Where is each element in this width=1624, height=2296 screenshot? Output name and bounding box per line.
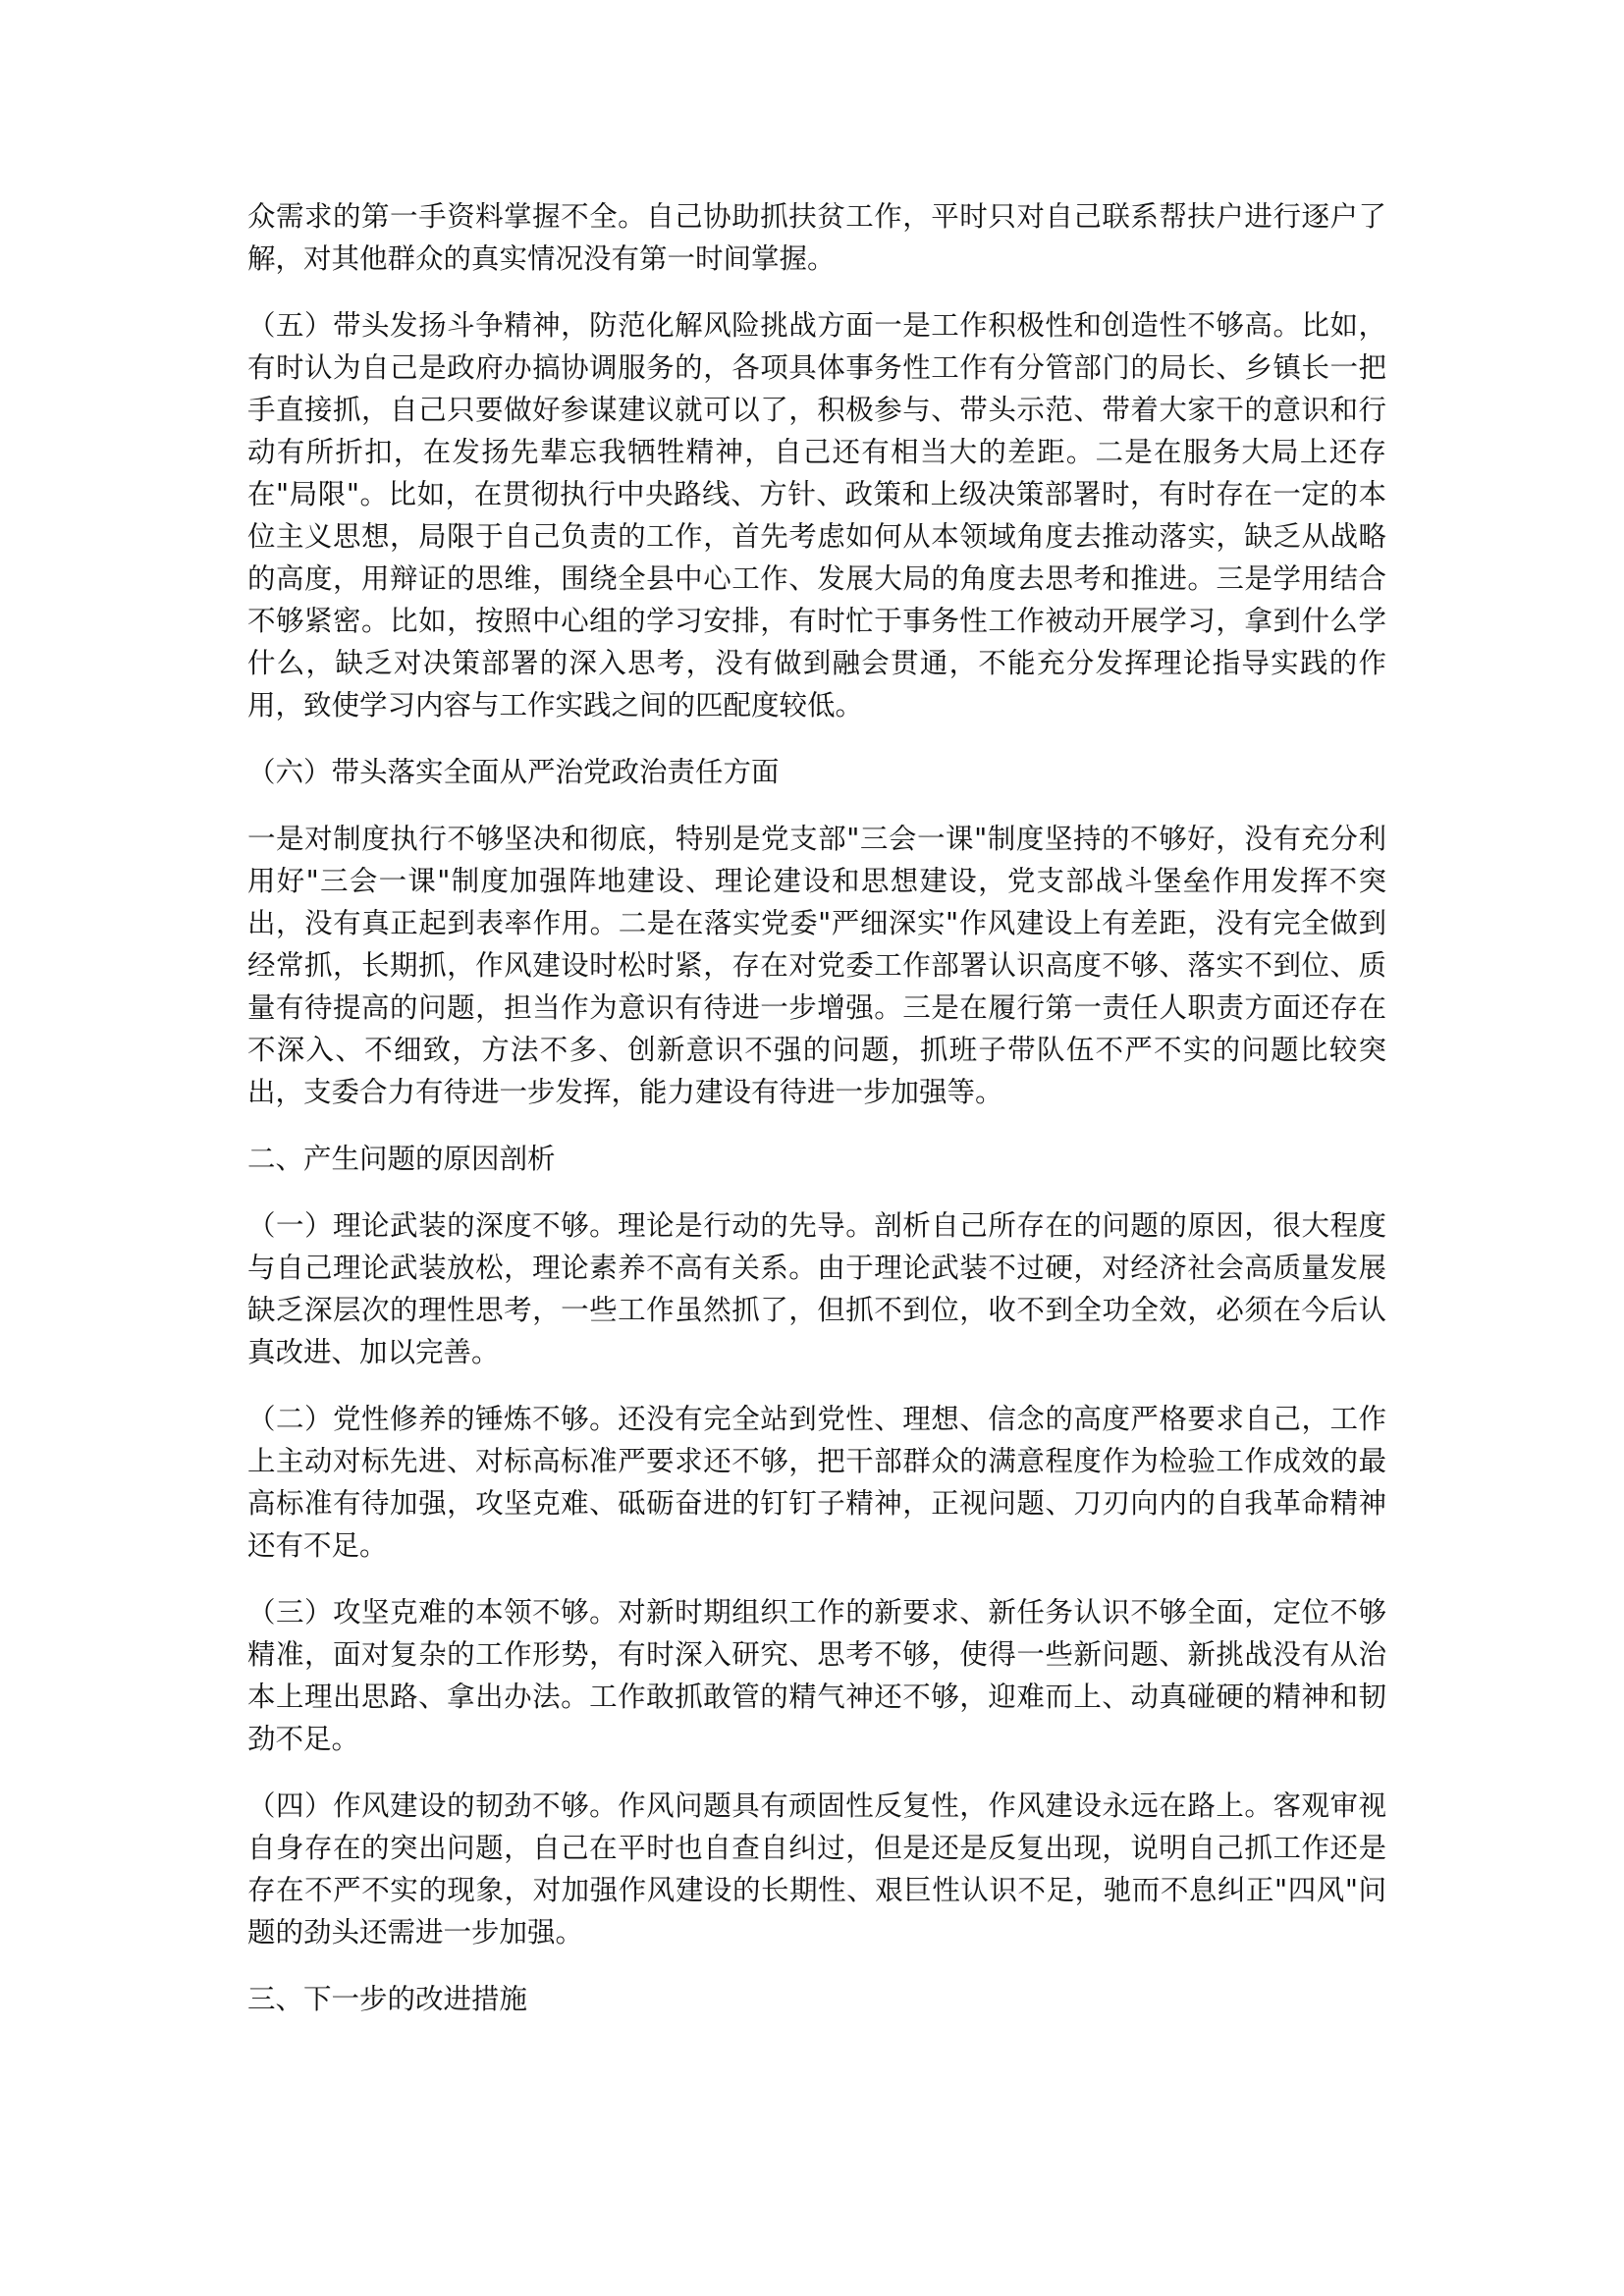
paragraph-section-6-details: 一是对制度执行不够坚决和彻底，特别是党支部"三会一课"制度坚持的不够好，没有充分… [247,818,1386,1113]
paragraph-cause-1-theory: （一）理论武装的深度不够。理论是行动的先导。剖析自己所存在的问题的原因，很大程度… [247,1204,1386,1373]
heading-part-2-cause-analysis: 二、产生问题的原因剖析 [247,1138,1386,1180]
paragraph-section-5-struggle-spirit: （五）带头发扬斗争精神，防范化解风险挑战方面一是工作积极性和创造性不够高。比如，… [247,304,1386,726]
paragraph-cause-2-party-spirit: （二）党性修养的锤炼不够。还没有完全站到党性、理想、信念的高度严格要求自己，工作… [247,1398,1386,1567]
heading-part-3-improvement-measures: 三、下一步的改进措施 [247,1978,1386,2020]
paragraph-cause-4-work-style: （四）作风建设的韧劲不够。作风问题具有顽固性反复性，作风建设永远在路上。客观审视… [247,1785,1386,1953]
paragraph-cause-3-capability: （三）攻坚克难的本领不够。对新时期组织工作的新要求、新任务认识不够全面，定位不够… [247,1591,1386,1760]
document-page: 众需求的第一手资料掌握不全。自己协助抓扶贫工作，平时只对自己联系帮扶户进行逐户了… [247,195,1386,2045]
heading-section-6-party-governance: （六）带头落实全面从严治党政治责任方面 [247,751,1386,793]
paragraph-poverty-alleviation-continuation: 众需求的第一手资料掌握不全。自己协助抓扶贫工作，平时只对自己联系帮扶户进行逐户了… [247,195,1386,280]
